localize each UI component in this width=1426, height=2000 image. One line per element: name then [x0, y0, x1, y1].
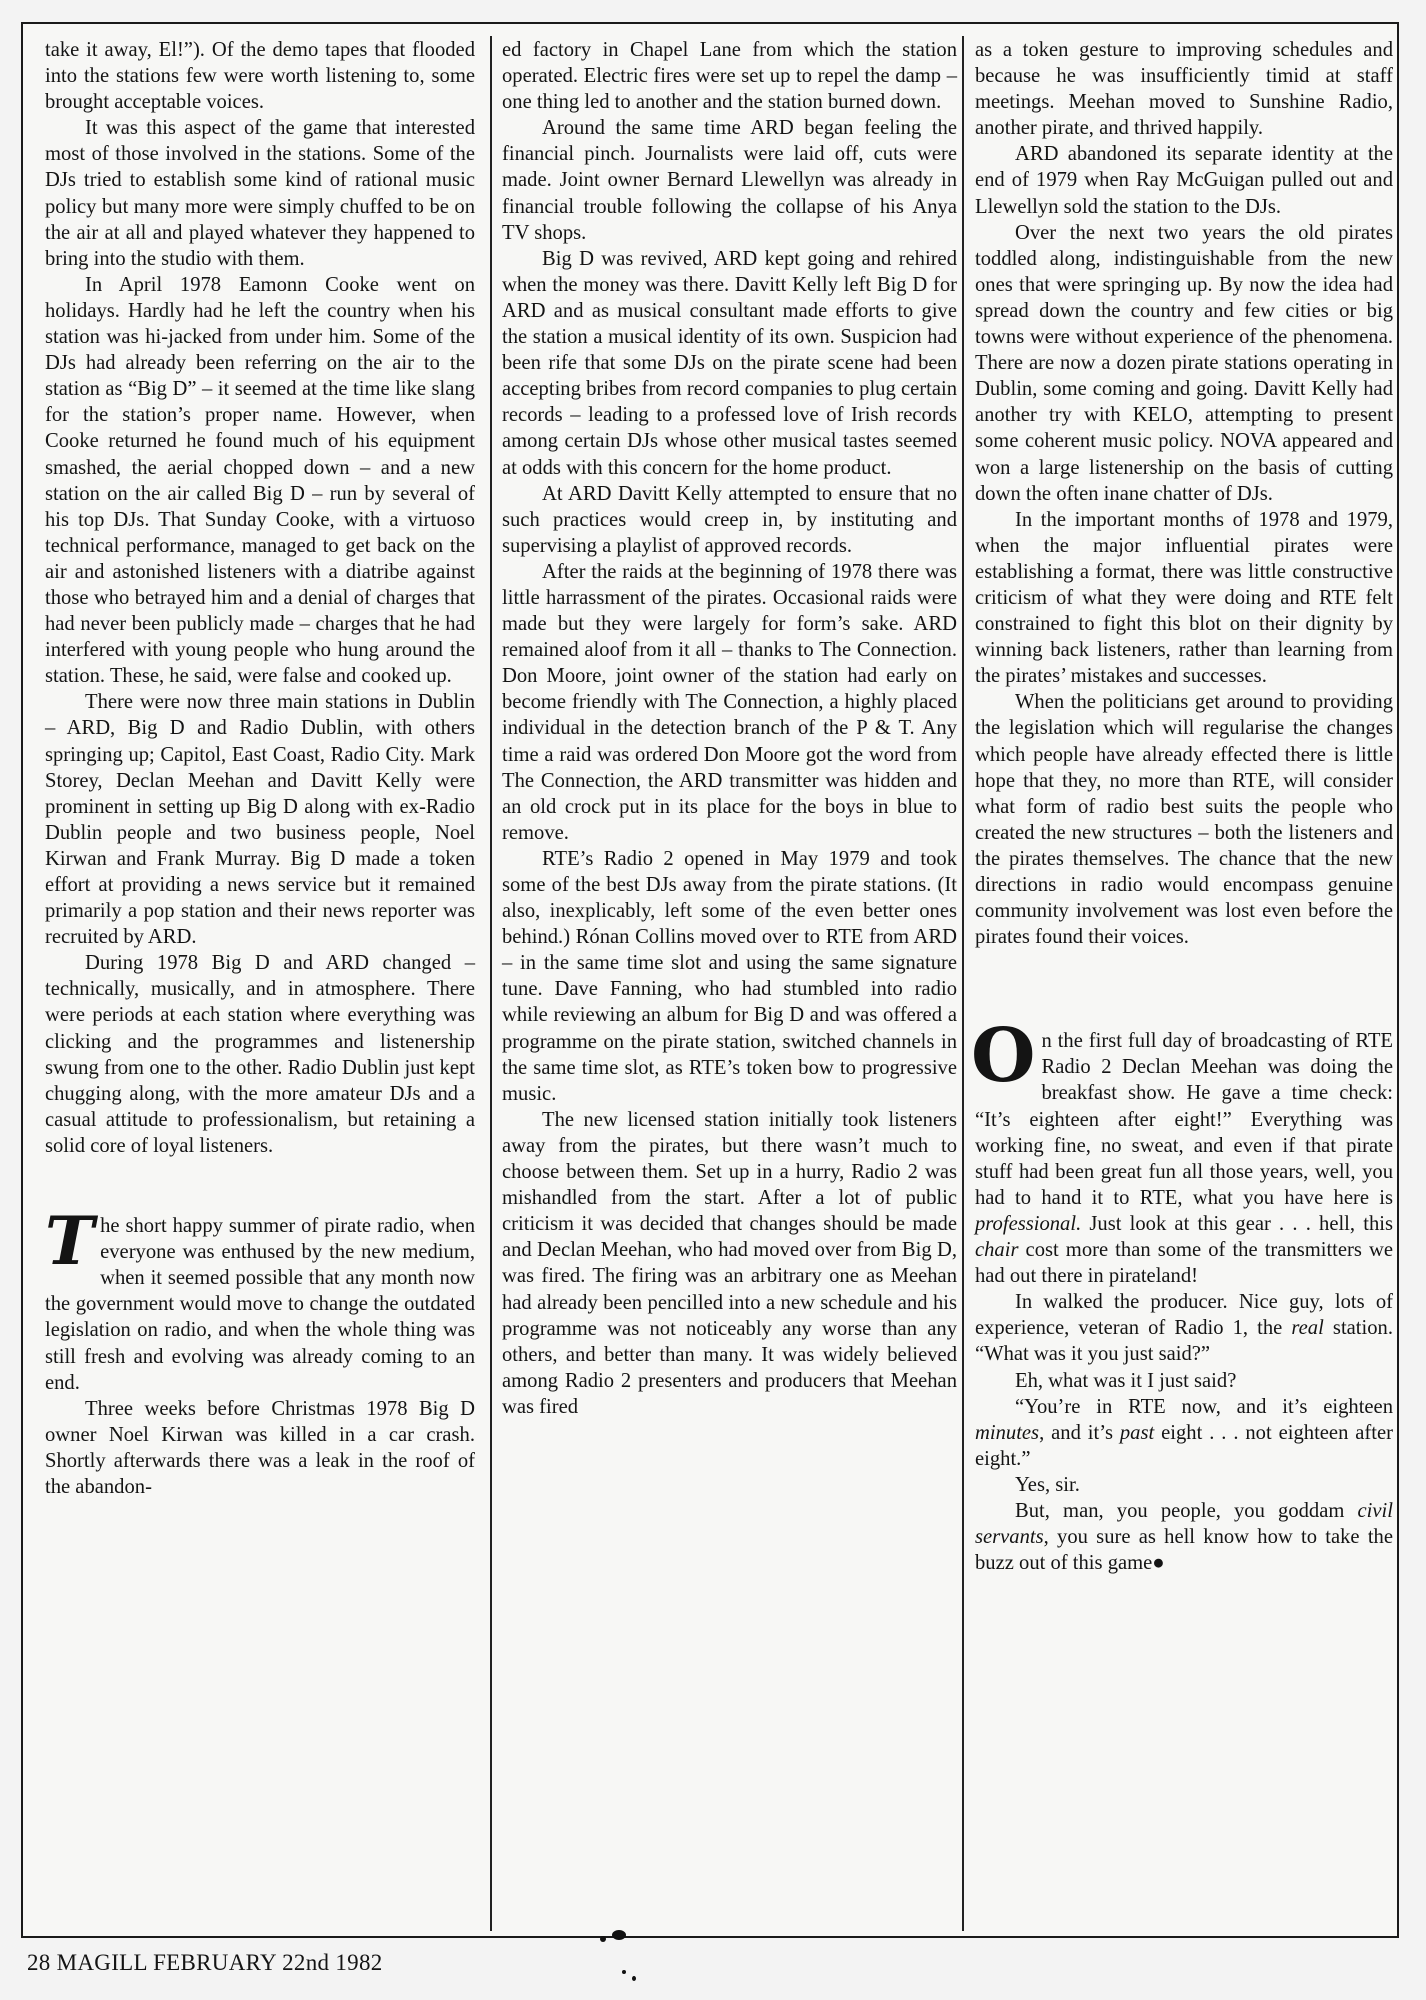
paragraph: take it away, El!”). Of the demo tapes t… — [45, 37, 475, 115]
paragraph: ed factory in Chapel Lane from which the… — [502, 37, 957, 115]
column-divider — [962, 36, 964, 1931]
section-opening-paragraph: On the first full day of broadcasting of… — [975, 1028, 1393, 1289]
paragraph-text: Just look at this gear . . . hell, this — [1081, 1213, 1393, 1235]
italic-text: past — [1120, 1422, 1154, 1444]
drop-cap: T — [45, 1215, 94, 1267]
paragraph: In walked the producer. Nice guy, lots o… — [975, 1289, 1393, 1367]
section-break — [975, 950, 1393, 1028]
paragraph: After the raids at the beginning of 1978… — [502, 559, 957, 846]
paragraph: In April 1978 Eamonn Cooke went on holid… — [45, 272, 475, 690]
paragraph: Yes, sir. — [975, 1472, 1393, 1498]
page-footer: 28 MAGILL FEBRUARY 22nd 1982 — [27, 1950, 383, 1976]
section-opening-paragraph: The short happy summer of pirate radio, … — [45, 1213, 475, 1396]
column-divider — [490, 36, 492, 1931]
paragraph: ARD abandoned its separate identity at t… — [975, 141, 1393, 219]
paragraph-text: n the first full day of broadcasting of … — [975, 1030, 1393, 1209]
paragraph: It was this aspect of the game that inte… — [45, 115, 475, 272]
paragraph-text: , and it’s — [1039, 1422, 1120, 1444]
italic-text: chair — [975, 1239, 1018, 1261]
italic-text: minutes — [975, 1422, 1039, 1444]
ink-blot — [600, 1936, 606, 1942]
paragraph: But, man, you people, you goddam civil s… — [975, 1498, 1393, 1576]
ink-blot — [632, 1976, 636, 1981]
italic-text: real — [1291, 1317, 1323, 1339]
article-frame: take it away, El!”). Of the demo tapes t… — [21, 22, 1399, 1938]
ink-blot — [622, 1970, 626, 1974]
section-break — [45, 1159, 475, 1213]
italic-text: professional. — [975, 1213, 1081, 1235]
column-1: take it away, El!”). Of the demo tapes t… — [45, 37, 475, 1500]
ink-blot — [612, 1930, 626, 1940]
paragraph: Eh, what was it I just said? — [975, 1368, 1393, 1394]
paragraph-text: But, man, you people, you goddam — [1015, 1500, 1358, 1522]
drop-cap: O — [971, 1028, 1035, 1084]
paragraph-text: he short happy summer of pirate radio, w… — [45, 1215, 475, 1394]
paragraph-text: cost more than some of the transmitters … — [975, 1239, 1393, 1287]
paragraph: The new licensed station initially took … — [502, 1107, 957, 1420]
end-mark-icon: ● — [1152, 1552, 1164, 1574]
column-2: ed factory in Chapel Lane from which the… — [502, 37, 957, 1420]
paragraph: Around the same time ARD began feeling t… — [502, 115, 957, 245]
paragraph: When the politicians get around to provi… — [975, 689, 1393, 950]
paragraph: Over the next two years the old pirates … — [975, 220, 1393, 507]
paragraph: as a token gesture to improving schedule… — [975, 37, 1393, 141]
paragraph: At ARD Davitt Kelly attempted to ensure … — [502, 481, 957, 559]
paragraph: RTE’s Radio 2 opened in May 1979 and too… — [502, 846, 957, 1107]
paragraph-text: “You’re in RTE now, and it’s eighteen — [1015, 1396, 1393, 1418]
paragraph: Three weeks before Christmas 1978 Big D … — [45, 1396, 475, 1500]
paragraph: Big D was revived, ARD kept going and re… — [502, 246, 957, 481]
paragraph: In the important months of 1978 and 1979… — [975, 507, 1393, 690]
paragraph: “You’re in RTE now, and it’s eighteen mi… — [975, 1394, 1393, 1472]
column-3: as a token gesture to improving schedule… — [975, 37, 1393, 1576]
paragraph: There were now three main stations in Du… — [45, 689, 475, 950]
paragraph: During 1978 Big D and ARD changed – tech… — [45, 950, 475, 1159]
